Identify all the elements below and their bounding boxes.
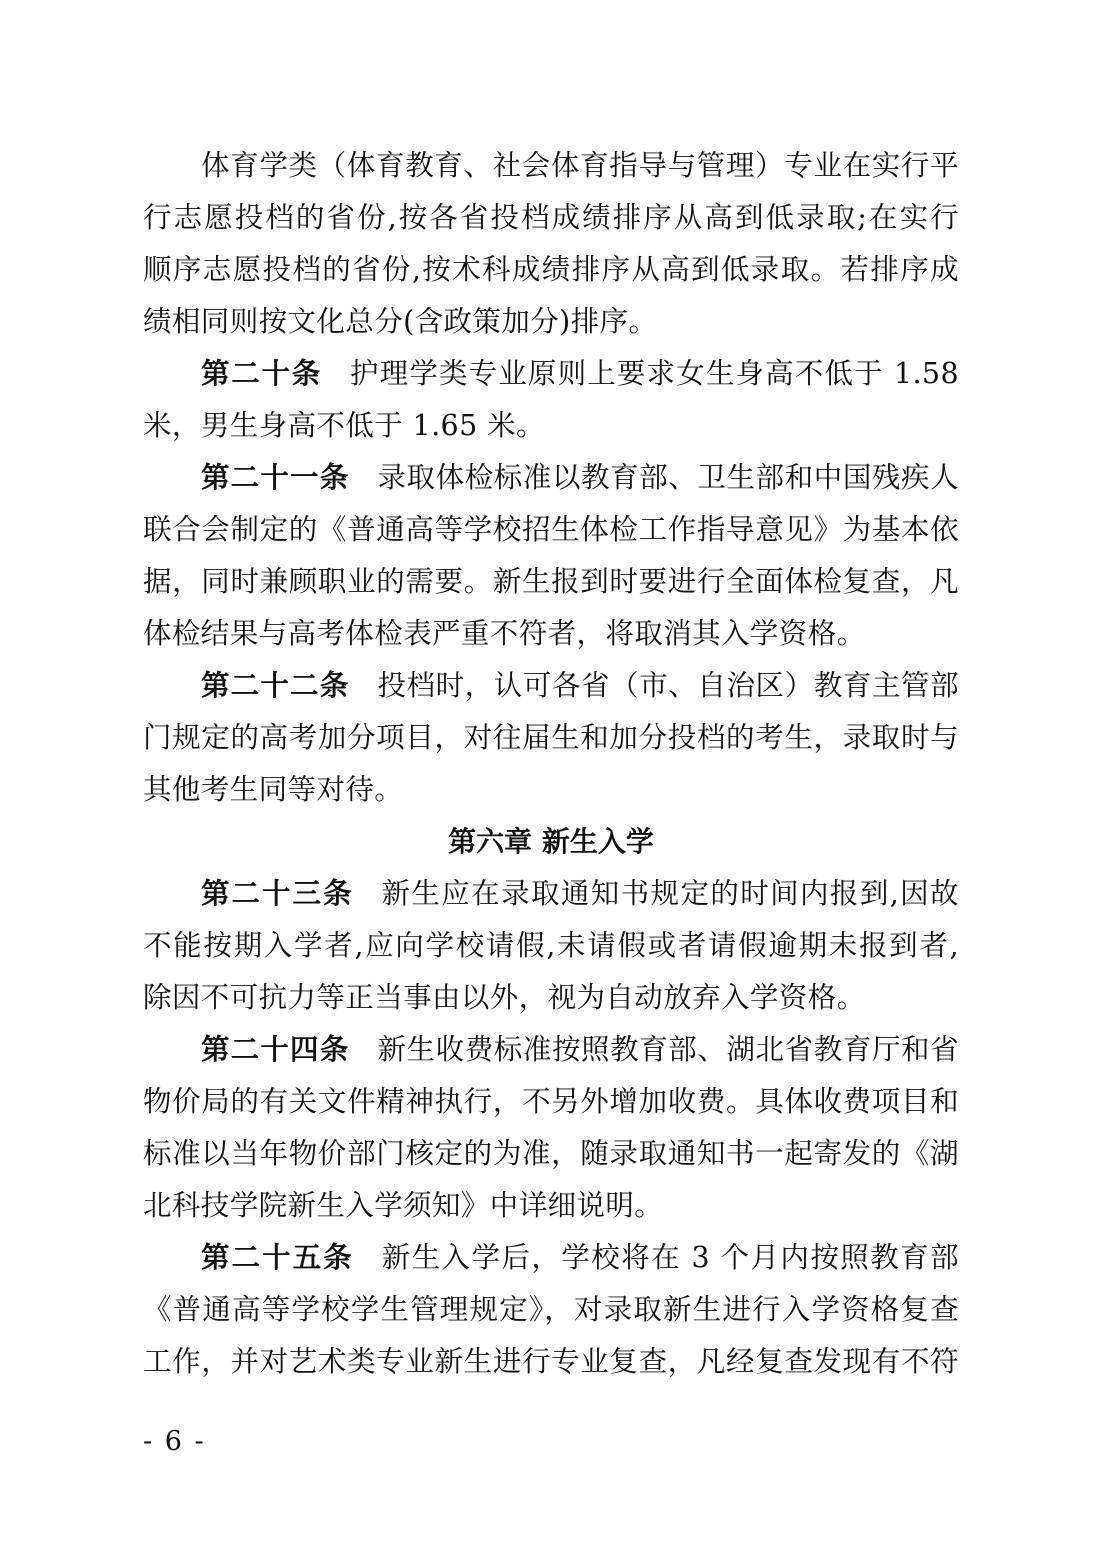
text-line: 据，同时兼顾职业的需要。新生报到时要进行全面体检复查，凡 [143, 556, 959, 608]
text-line: 工作，并对艺术类专业新生进行专业复查，凡经复查发现有不符 [143, 1336, 959, 1388]
article-text: 投档时，认可各省（市、自治区）教育主管部 [377, 669, 959, 702]
text-line: 绩相同则按文化总分(含政策加分)排序。 [143, 296, 959, 348]
chapter-heading: 第六章 新生入学 [143, 816, 959, 868]
article-text: 护理学类专业原则上要求女生身高不低于 1.58 [350, 357, 959, 390]
text-line: 物价局的有关文件精神执行，不另外增加收费。具体收费项目和 [143, 1076, 959, 1128]
text-line: 《普通高等学校学生管理规定》，对录取新生进行入学资格复查 [143, 1284, 959, 1336]
article-text: 新生入学后，学校将在 3 个月内按照教育部 [382, 1241, 959, 1274]
page-number: - 6 - [143, 1426, 206, 1457]
text-line: 第二十四条新生收费标准按照教育部、湖北省教育厅和省 [143, 1024, 959, 1076]
text-line: 顺序志愿投档的省份,按术科成绩排序从高到低录取。若排序成 [143, 244, 959, 296]
text-line: 体育学类（体育教育、社会体育指导与管理）专业在实行平 [143, 140, 959, 192]
article-24: 第二十四条新生收费标准按照教育部、湖北省教育厅和省 物价局的有关文件精神执行，不… [143, 1024, 959, 1232]
article-23: 第二十三条新生应在录取通知书规定的时间内报到,因故 不能按期入学者,应向学校请假… [143, 868, 959, 1024]
text-line: 米，男生身高不低于 1.65 米。 [143, 400, 959, 452]
article-21: 第二十一条录取体检标准以教育部、卫生部和中国残疾人 联合会制定的《普通高等学校招… [143, 452, 959, 660]
article-number: 第二十一条 [201, 461, 349, 494]
article-text: 新生应在录取通知书规定的时间内报到,因故 [381, 877, 959, 910]
text-line: 第二十一条录取体检标准以教育部、卫生部和中国残疾人 [143, 452, 959, 504]
text-line: 北科技学院新生入学须知》中详细说明。 [143, 1180, 959, 1232]
article-22: 第二十二条投档时，认可各省（市、自治区）教育主管部 门规定的高考加分项目，对往届… [143, 660, 959, 816]
text-line: 第二十五条新生入学后，学校将在 3 个月内按照教育部 [143, 1232, 959, 1284]
text-line: 行志愿投档的省份,按各省投档成绩排序从高到低录取;在实行 [143, 192, 959, 244]
text-line: 标准以当年物价部门核定的为准，随录取通知书一起寄发的《湖 [143, 1128, 959, 1180]
text-line: 体检结果与高考体检表严重不符者，将取消其入学资格。 [143, 608, 959, 660]
paragraph-sports-admission: 体育学类（体育教育、社会体育指导与管理）专业在实行平 行志愿投档的省份,按各省投… [143, 140, 959, 348]
article-text: 新生收费标准按照教育部、湖北省教育厅和省 [377, 1033, 959, 1066]
text-line: 其他考生同等对待。 [143, 764, 959, 816]
article-number: 第二十五条 [201, 1241, 354, 1274]
text-line: 第二十条护理学类专业原则上要求女生身高不低于 1.58 [143, 348, 959, 400]
article-number: 第二十二条 [201, 669, 349, 702]
text-line: 门规定的高考加分项目，对往届生和加分投档的考生，录取时与 [143, 712, 959, 764]
article-number: 第二十三条 [201, 877, 353, 910]
text-line: 第二十二条投档时，认可各省（市、自治区）教育主管部 [143, 660, 959, 712]
article-25: 第二十五条新生入学后，学校将在 3 个月内按照教育部 《普通高等学校学生管理规定… [143, 1232, 959, 1388]
text-line: 第二十三条新生应在录取通知书规定的时间内报到,因故 [143, 868, 959, 920]
article-20: 第二十条护理学类专业原则上要求女生身高不低于 1.58 米，男生身高不低于 1.… [143, 348, 959, 452]
text-line: 除因不可抗力等正当事由以外，视为自动放弃入学资格。 [143, 972, 959, 1024]
text-line: 不能按期入学者,应向学校请假,未请假或者请假逾期未报到者, [143, 920, 959, 972]
article-text: 录取体检标准以教育部、卫生部和中国残疾人 [377, 461, 959, 494]
article-number: 第二十条 [201, 357, 322, 390]
text-line: 联合会制定的《普通高等学校招生体检工作指导意见》为基本依 [143, 504, 959, 556]
document-page: 体育学类（体育教育、社会体育指导与管理）专业在实行平 行志愿投档的省份,按各省投… [143, 140, 959, 1388]
article-number: 第二十四条 [201, 1033, 349, 1066]
